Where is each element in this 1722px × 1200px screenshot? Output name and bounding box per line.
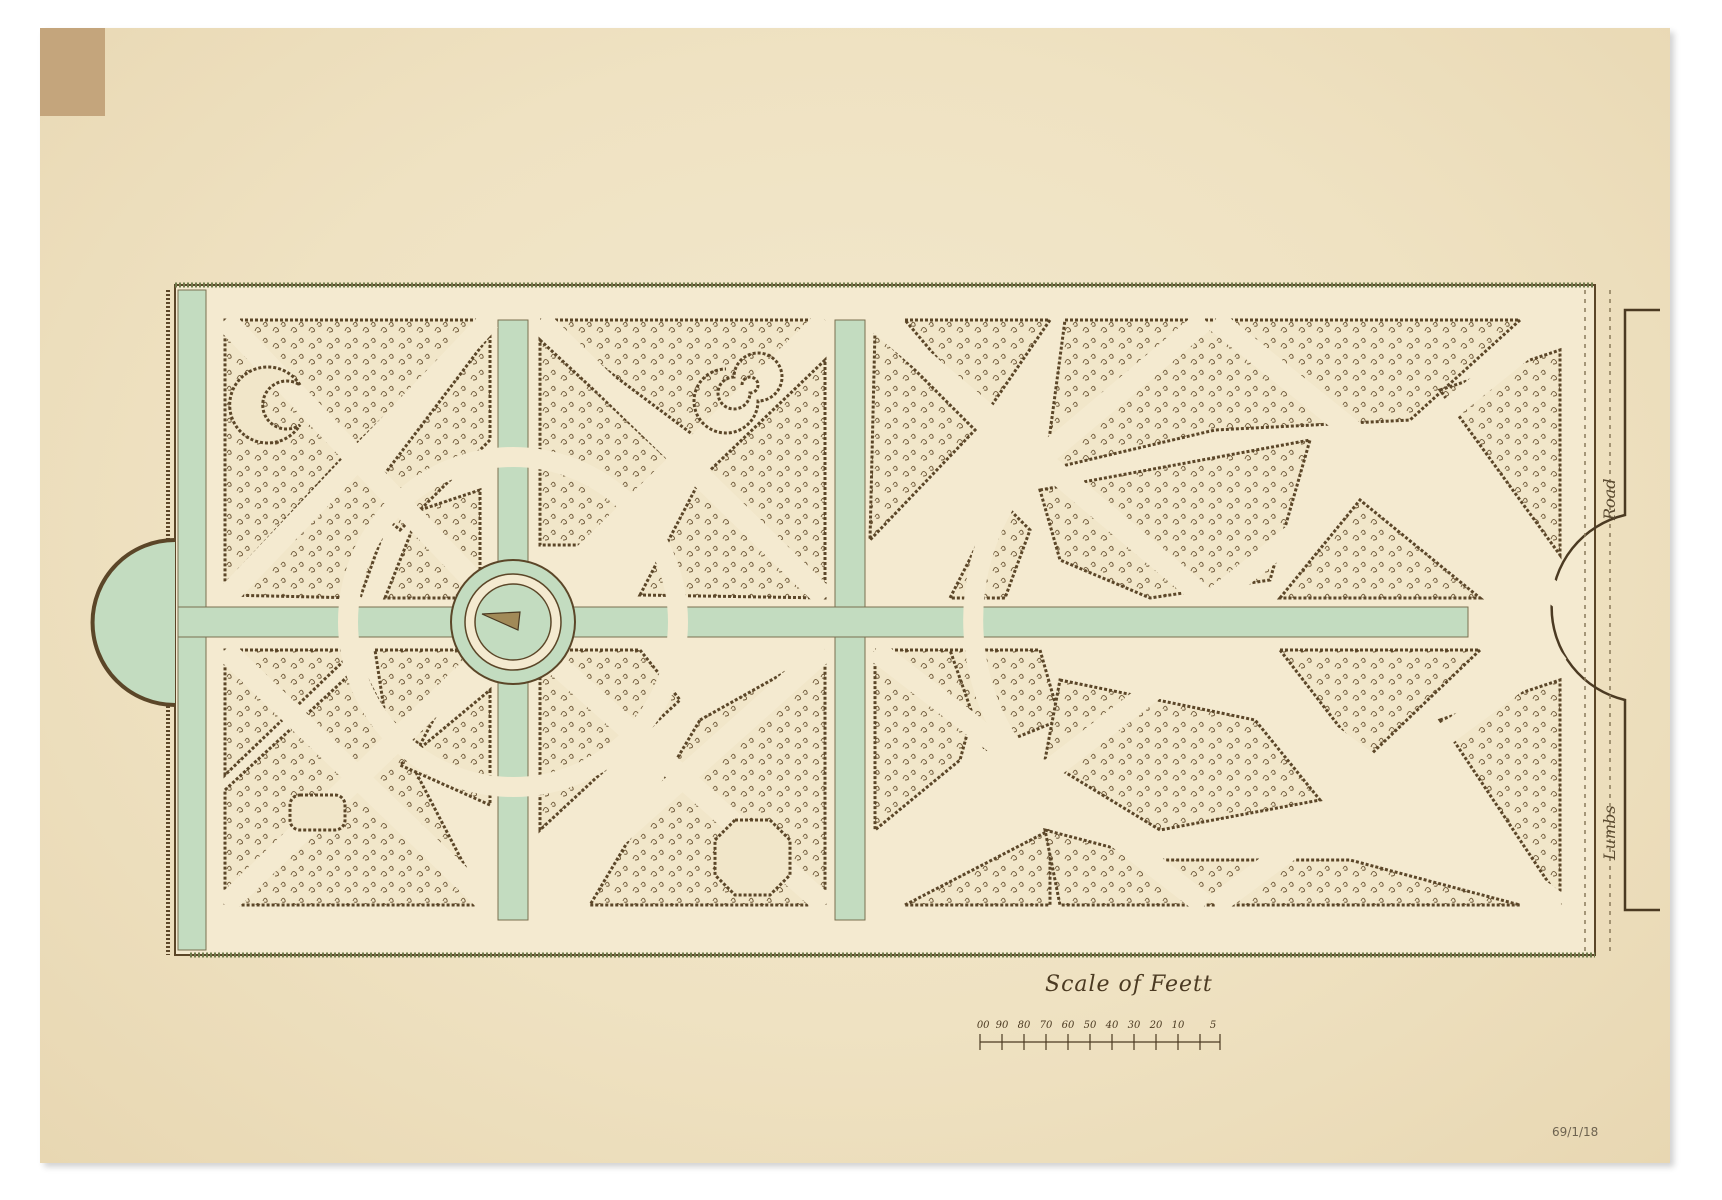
scale-tick-5: 5 (1210, 1020, 1216, 1031)
scale-bar-title: Scale of Feett (1045, 972, 1213, 997)
garden-plan (0, 0, 1722, 1200)
accession-number: 69/1/18 (1552, 1125, 1598, 1139)
scale-tick-40: 40 (1105, 1020, 1119, 1031)
scale-tick-100: 100 (975, 1020, 990, 1031)
scale-tick-70: 70 (1040, 1020, 1053, 1031)
octagonal-bed (715, 820, 790, 895)
left-apse (93, 540, 175, 705)
road-label-top: Road (1600, 479, 1619, 520)
cartouche-bed (290, 795, 345, 830)
scale-tick-10: 10 (1172, 1020, 1185, 1031)
scale-tick-50: 50 (1084, 1020, 1097, 1031)
scale-tick-80: 80 (1018, 1020, 1031, 1031)
scale-tick-90: 90 (996, 1020, 1009, 1031)
scale-bar: 100 90 80 70 60 50 40 30 20 10 5 (975, 1010, 1235, 1060)
scale-tick-30: 30 (1128, 1020, 1141, 1031)
central-fountain (451, 560, 575, 684)
scale-tick-60: 60 (1062, 1020, 1075, 1031)
road-label-bottom: Lumbs (1600, 805, 1619, 860)
scale-tick-20: 20 (1149, 1020, 1163, 1031)
